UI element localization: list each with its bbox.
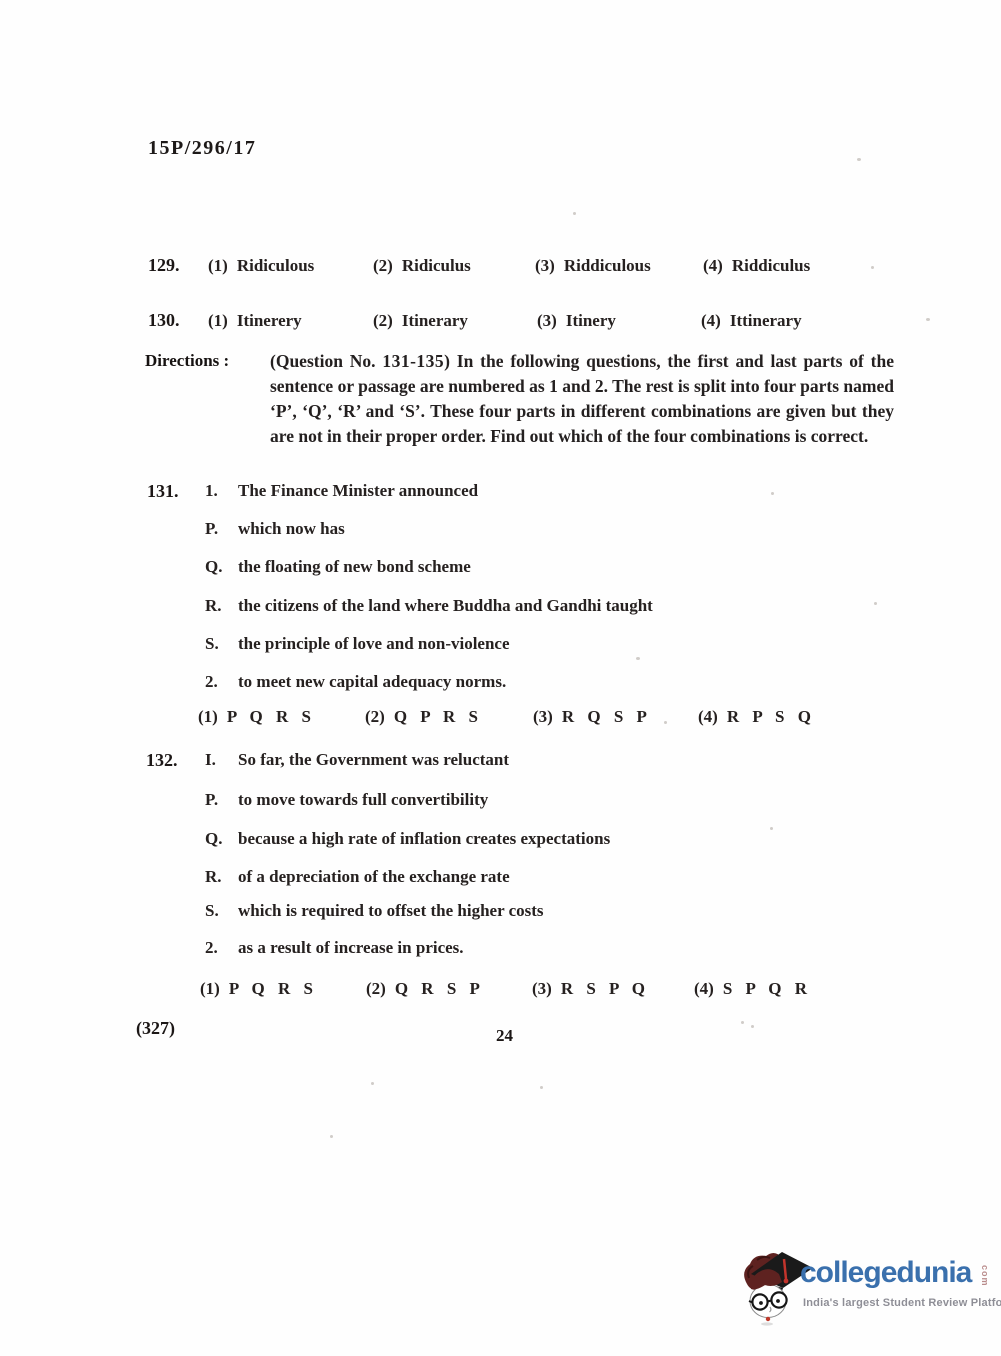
option-label: (2)	[373, 256, 393, 276]
q129-option-3: (3)Riddiculous	[535, 256, 651, 276]
q132-option-3: (3)R S P Q	[532, 979, 645, 999]
option-label: (1)	[208, 256, 228, 276]
q132-option-2: (2)Q R S P	[366, 979, 480, 999]
scan-speck	[751, 1025, 754, 1028]
option-label: (2)	[373, 311, 393, 331]
q130-option-1: (1)Itinerery	[208, 311, 302, 331]
option-label: (4)	[701, 311, 721, 331]
part-text: which is required to offset the higher c…	[238, 901, 544, 920]
scan-speck	[636, 657, 640, 660]
option-text: P Q R S	[229, 979, 314, 998]
part-text: which now has	[238, 519, 345, 538]
page-number: 24	[496, 1026, 513, 1046]
option-text: Q R S P	[395, 979, 481, 998]
option-text: Ittinerary	[730, 311, 802, 330]
exam-paper-page: 15P/296/17 129. (1)Ridiculous (2)Ridicul…	[0, 0, 1001, 1356]
scan-speck	[926, 318, 930, 321]
q132-option-4: (4)S P Q R	[694, 979, 807, 999]
q131-option-3: (3)R Q S P	[533, 707, 647, 727]
part-marker: P.	[205, 519, 238, 539]
question-number-132: 132.	[146, 750, 178, 771]
q131-part-r: R.the citizens of the land where Buddha …	[205, 596, 653, 616]
booklet-series: (327)	[136, 1018, 175, 1039]
part-marker: P.	[205, 790, 238, 810]
scan-speck	[857, 158, 861, 161]
question-number-129: 129.	[148, 255, 180, 276]
q132-option-1: (1)P Q R S	[200, 979, 313, 999]
brand-domain: com	[980, 1265, 990, 1287]
q129-option-1: (1)Ridiculous	[208, 256, 314, 276]
part-text: to move towards full convertibility	[238, 790, 488, 809]
q131-option-4: (4)R P S Q	[698, 707, 811, 727]
directions-question-range: 131-135	[382, 351, 444, 371]
part-marker: S.	[205, 634, 238, 654]
scan-speck	[330, 1135, 333, 1138]
part-text: as a result of increase in prices.	[238, 938, 464, 957]
scan-speck	[871, 266, 874, 269]
part-text: to meet new capital adequacy norms.	[238, 672, 506, 691]
option-label: (1)	[200, 979, 220, 999]
scan-speck	[573, 212, 576, 215]
part-marker: R.	[205, 596, 238, 616]
q132-part-1: I.So far, the Government was reluctant	[205, 750, 509, 770]
collegedunia-logo[interactable]: collegedunia com India's largest Student…	[737, 1244, 997, 1326]
option-text: Itinerary	[402, 311, 468, 330]
brand-wordmark: collegedunia	[800, 1256, 971, 1290]
q132-part-s: S.which is required to offset the higher…	[205, 901, 544, 921]
scan-speck	[371, 1082, 374, 1085]
part-marker: Q.	[205, 557, 238, 577]
directions-label: Directions :	[145, 351, 229, 371]
q132-part-r: R.of a depreciation of the exchange rate	[205, 867, 510, 887]
option-text: R Q S P	[562, 707, 648, 726]
question-number-130: 130.	[148, 310, 180, 331]
option-text: S P Q R	[723, 979, 808, 998]
part-marker: I.	[205, 750, 238, 770]
option-text: Riddiculus	[732, 256, 810, 275]
part-text: the floating of new bond scheme	[238, 557, 471, 576]
option-text: R P S Q	[727, 707, 812, 726]
option-label: (3)	[533, 707, 553, 727]
scan-speck	[741, 1021, 744, 1024]
q129-option-4: (4)Riddiculus	[703, 256, 810, 276]
q130-option-3: (3)Itinery	[537, 311, 616, 331]
directions-text: (Question No. 131-135) In the following …	[270, 349, 894, 449]
directions-prefix: (Question No.	[270, 351, 382, 371]
option-text: Q P R S	[394, 707, 479, 726]
scan-speck	[664, 721, 667, 724]
q131-part-q: Q.the floating of new bond scheme	[205, 557, 471, 577]
option-text: R S P Q	[561, 979, 646, 998]
q131-part-p: P.which now has	[205, 519, 345, 539]
option-label: (2)	[366, 979, 386, 999]
q131-option-2: (2)Q P R S	[365, 707, 478, 727]
option-text: Ridiculus	[402, 256, 471, 275]
part-text: of a depreciation of the exchange rate	[238, 867, 510, 886]
part-marker: 2.	[205, 938, 238, 958]
option-label: (4)	[703, 256, 723, 276]
part-marker: R.	[205, 867, 238, 887]
option-label: (1)	[198, 707, 218, 727]
question-number-131: 131.	[147, 481, 179, 502]
option-label: (3)	[532, 979, 552, 999]
part-marker: Q.	[205, 829, 238, 849]
q131-part-s: S.the principle of love and non-violence	[205, 634, 510, 654]
q131-part-1: 1.The Finance Minister announced	[205, 481, 478, 501]
option-text: Itinery	[566, 311, 616, 330]
part-text: the principle of love and non-violence	[238, 634, 510, 653]
q132-part-p: P.to move towards full convertibility	[205, 790, 488, 810]
q131-option-1: (1)P Q R S	[198, 707, 311, 727]
q130-option-2: (2)Itinerary	[373, 311, 468, 331]
paper-code: 15P/296/17	[148, 137, 256, 160]
part-marker: 1.	[205, 481, 238, 501]
q132-part-q: Q.because a high rate of inflation creat…	[205, 829, 610, 849]
part-text: The Finance Minister announced	[238, 481, 478, 500]
scan-speck	[540, 1086, 543, 1089]
q129-option-2: (2)Ridiculus	[373, 256, 471, 276]
option-label: (1)	[208, 311, 228, 331]
option-label: (2)	[365, 707, 385, 727]
part-marker: 2.	[205, 672, 238, 692]
q130-option-4: (4)Ittinerary	[701, 311, 802, 331]
part-text: the citizens of the land where Buddha an…	[238, 596, 653, 615]
scan-speck	[771, 492, 774, 495]
option-label: (4)	[694, 979, 714, 999]
option-text: P Q R S	[227, 707, 312, 726]
scan-speck	[770, 827, 773, 830]
part-text: because a high rate of inflation creates…	[238, 829, 610, 848]
brand-tagline: India's largest Student Review Platform	[803, 1297, 1001, 1309]
option-label: (3)	[537, 311, 557, 331]
q132-part-2: 2.as a result of increase in prices.	[205, 938, 464, 958]
option-text: Riddiculous	[564, 256, 651, 275]
part-text: So far, the Government was reluctant	[238, 750, 509, 769]
option-label: (4)	[698, 707, 718, 727]
scan-speck	[874, 602, 877, 605]
part-marker: S.	[205, 901, 238, 921]
option-label: (3)	[535, 256, 555, 276]
option-text: Ridiculous	[237, 256, 314, 275]
q131-part-2: 2.to meet new capital adequacy norms.	[205, 672, 506, 692]
option-text: Itinerery	[237, 311, 302, 330]
